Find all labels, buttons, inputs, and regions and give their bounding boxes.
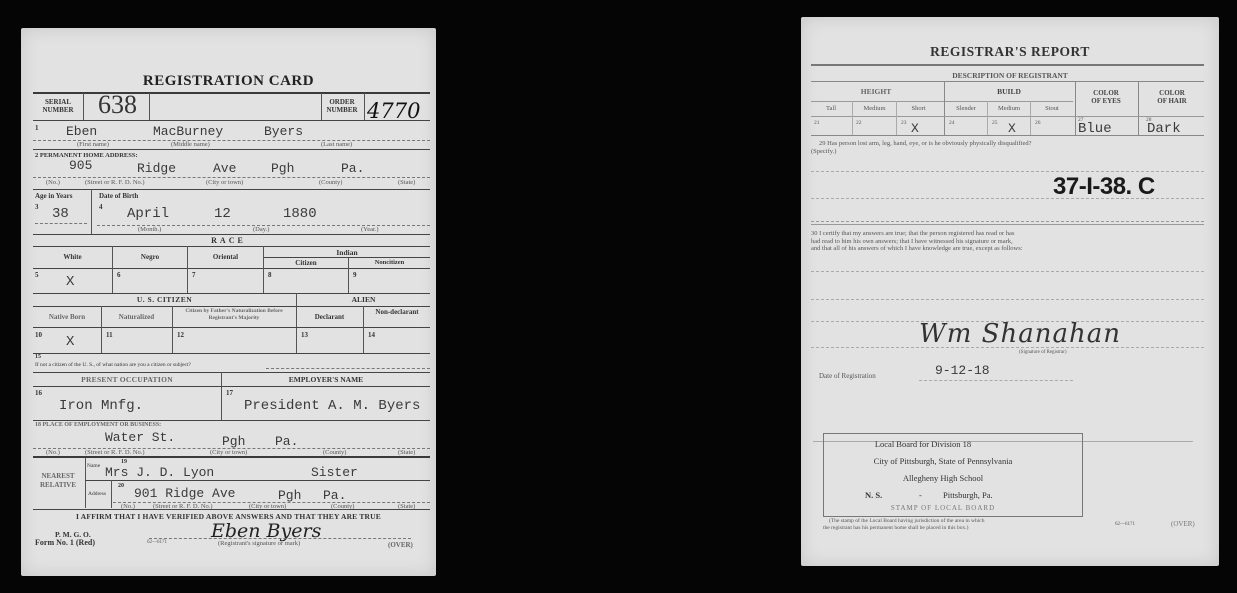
registrar-certification: 30 I certify that my answers are true; t… [811,230,1209,253]
serial-number-value: 638 [98,90,137,120]
home-address-state: Pa. [341,161,364,176]
home-address-no: 905 [69,158,92,173]
employment-street: Water St. [105,430,175,445]
registration-card-back: REGISTRAR'S REPORT DESCRIPTION OF REGIST… [801,17,1219,566]
relative-name: Mrs J. D. Lyon [105,465,214,480]
local-board-line-2: City of Pittsburgh, State of Pennsylvani… [823,456,1063,466]
first-name: Eben [66,124,97,139]
native-born-mark: X [66,334,74,350]
registration-card-front: REGISTRATION CARD SERIAL NUMBER 638 ORDE… [21,28,436,576]
local-board-line-1: Local Board for Division 18 [823,439,1023,449]
race-title: RACE [21,236,436,245]
serial-number-label: SERIAL NUMBER [35,98,81,114]
relative-state: Pa. [323,488,346,503]
local-board-line-3: Allegheny High School [823,473,1063,483]
eye-color-label: COLOR OF EYES [1076,89,1136,105]
relative-city: Pgh [278,488,301,503]
registrar-signature: Wm Shanahan [919,319,1121,349]
occupation-value: Iron Mnfg. [59,398,143,414]
home-address-street: Ridge [137,161,176,176]
relative-relation: Sister [311,465,358,480]
employment-city: Pgh [222,434,245,449]
height-short-mark: X [911,121,919,136]
disqualified-question: 29 Has person lost arm, leg, hand, eye, … [819,140,1031,147]
last-name: Byers [264,124,303,139]
middle-name: MacBurney [153,124,223,139]
description-title: DESCRIPTION OF REGISTRANT [801,71,1219,80]
home-address-city: Pgh [271,161,294,176]
home-address-street-suffix: Ave [213,161,236,176]
hair-color-label: COLOR OF HAIR [1139,89,1205,105]
over-label: (OVER) [388,541,413,549]
classification-stamp: 37-I-38. C [1053,173,1155,201]
employment-state: Pa. [275,434,298,449]
form-number: Form No. 1 (Red) [35,538,95,547]
relative-address: 901 Ridge Ave [134,486,235,501]
registration-date: 9-12-18 [935,363,990,378]
race-white-mark: X [66,274,74,290]
card-title: REGISTRATION CARD [21,73,436,90]
age-value: 38 [52,206,69,222]
build-medium-mark: X [1008,121,1016,136]
registrar-report-title: REGISTRAR'S REPORT [801,44,1219,60]
dob-year: 1880 [283,206,317,222]
employer-value: President A. M. Byers [244,398,420,414]
nearest-relative-label: NEAREST RELATIVE [33,472,83,490]
dob-month: April [127,206,169,222]
dob-day: 12 [214,206,231,222]
over-label-back: (OVER) [1171,520,1195,528]
order-number-label: ORDER NUMBER [322,98,362,114]
